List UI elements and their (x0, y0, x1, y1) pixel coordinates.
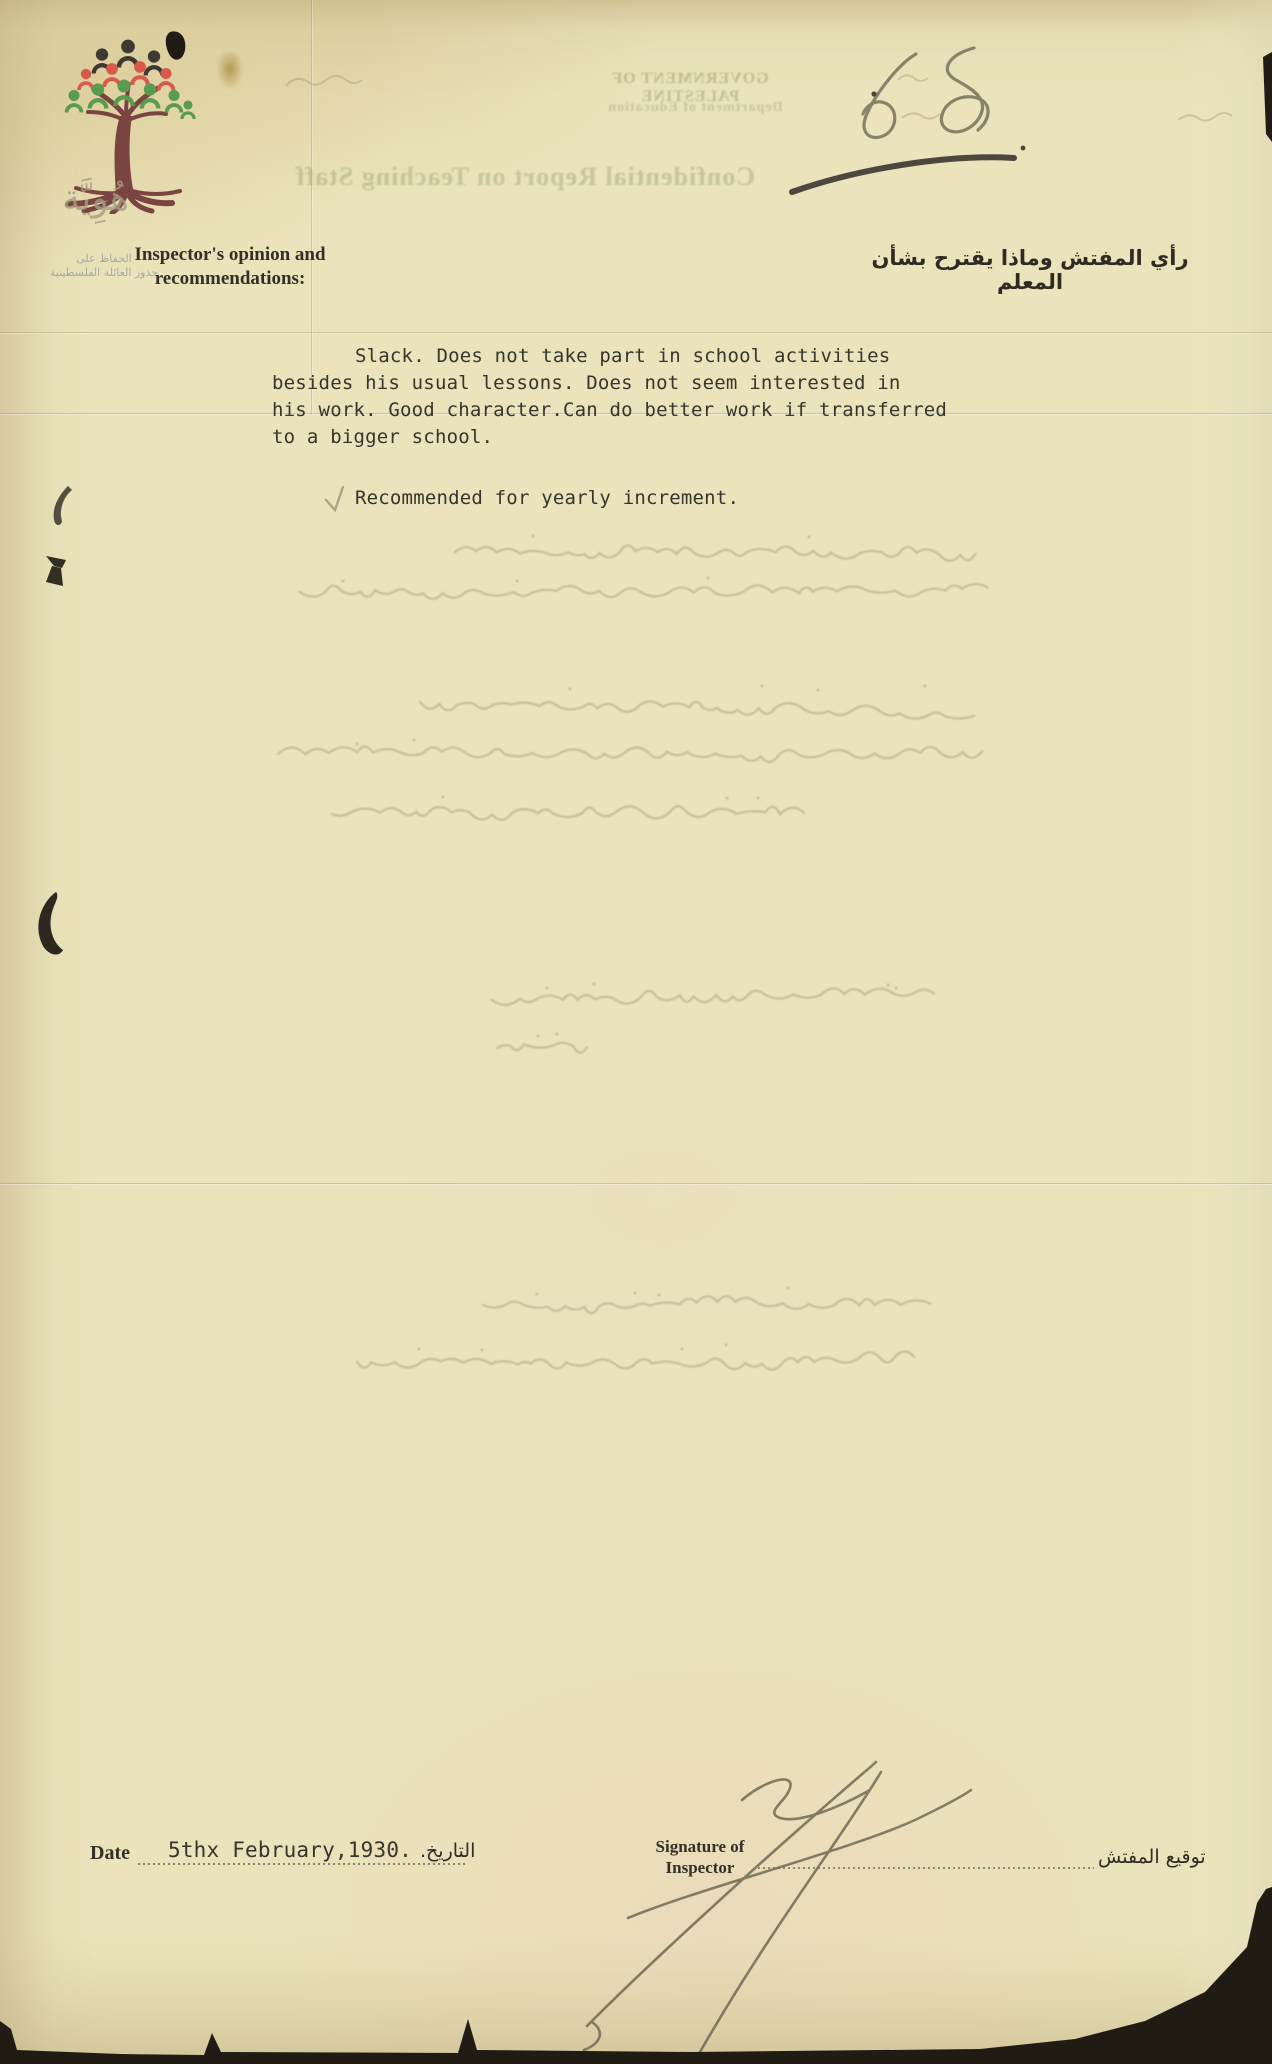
report-line: to a bigger school. (272, 424, 962, 451)
date-value: 5thx February,1930. (168, 1838, 412, 1862)
crease-line (0, 332, 1272, 333)
section-label-en: Inspector's opinion and recommendations: (96, 243, 364, 291)
ink-blot (38, 486, 72, 955)
report-line: besides his usual lessons. Does not seem… (272, 370, 962, 397)
date-dotted-line (138, 1863, 468, 1865)
signature-label-ar: توقيع المفتش (1098, 1846, 1206, 1868)
stain-mark (216, 52, 244, 90)
pencil-checkmark-icon (326, 487, 343, 510)
underline-stroke (792, 157, 1014, 192)
ink-dot (1021, 146, 1026, 151)
report-body: Slack. Does not take part in school acti… (272, 343, 962, 451)
pencil-scribbles (278, 535, 988, 1370)
scan-edge (0, 31, 1272, 2064)
ink-dot (871, 91, 876, 96)
signature-label-line1: Signature of (644, 1836, 756, 1857)
page-number-annotation (863, 48, 988, 138)
report-line: his work. Good character.Can do better w… (272, 397, 962, 424)
document-page: GOVERNMENT OF PALESTINE Department of Ed… (0, 0, 1272, 2064)
signature-label-line2: Inspector (644, 1857, 756, 1878)
date-label-ar: التاريخ. (420, 1840, 475, 1862)
crease-line (0, 1183, 1272, 1184)
report-line: Slack. Does not take part in school acti… (272, 343, 962, 370)
date-label: Date (90, 1842, 130, 1865)
signature-dotted-line (758, 1867, 1094, 1869)
ghost-header-line2: Department of Education (600, 100, 790, 116)
section-label-en-line1: Inspector's opinion and (96, 243, 364, 267)
ghost-title: Confidential Report on Teaching Staff (282, 162, 768, 192)
logo-wordmark: هُوِيَّة (62, 178, 129, 219)
section-label-ar: رأي المفتش وماذا يقترح بشأن المعلم (868, 246, 1192, 294)
signature-label: Signature of Inspector (644, 1836, 756, 1878)
tree-people-crown (65, 40, 196, 119)
recommendation-line: Recommended for yearly increment. (355, 487, 739, 509)
section-label-en-line2: recommendations: (96, 267, 364, 291)
inspector-signature (584, 1762, 971, 2052)
